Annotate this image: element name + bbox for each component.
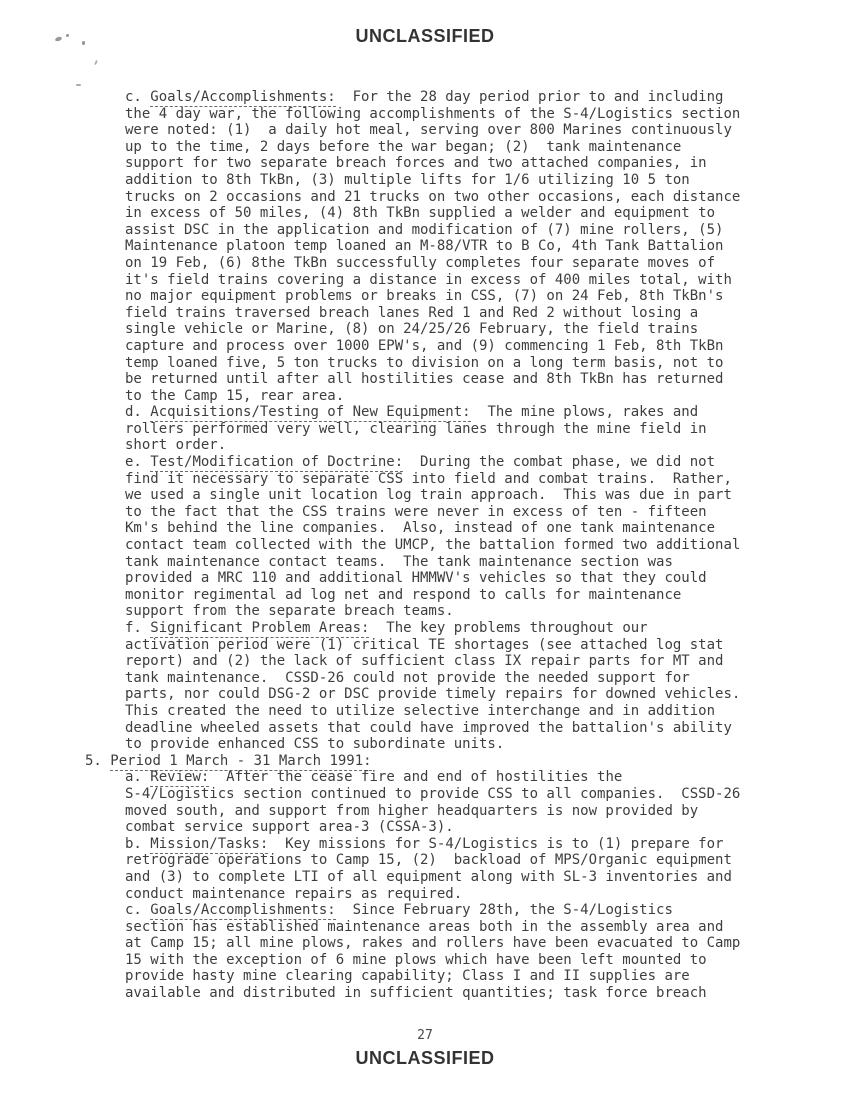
text-line: to the Camp 15, rear area. bbox=[85, 388, 775, 405]
text-segment: monitor regimental ad log net and respon… bbox=[125, 587, 681, 603]
text-segment: assist DSC in the application and modifi… bbox=[125, 222, 723, 238]
text-line: the 4 day war, the following accomplishm… bbox=[85, 106, 775, 123]
text-segment: it's field trains covering a distance in… bbox=[125, 272, 732, 288]
text-line: at Camp 15; all mine plows, rakes and ro… bbox=[85, 935, 775, 952]
text-line: tank maintenance. CSSD-26 could not prov… bbox=[85, 670, 775, 687]
underlined-heading: Test/Modification of Doctrine: bbox=[150, 454, 403, 472]
text-line: e. Test/Modification of Doctrine: During… bbox=[85, 454, 775, 471]
text-segment: we used a single unit location log train… bbox=[125, 487, 732, 503]
text-segment: the 4 day war, the following accomplishm… bbox=[125, 106, 740, 122]
underlined-heading: Goals/Accomplishments: bbox=[150, 902, 335, 920]
text-segment: support for two separate breach forces a… bbox=[125, 155, 707, 171]
text-segment: 5. bbox=[85, 753, 110, 769]
text-segment: to the Camp 15, rear area. bbox=[125, 388, 344, 404]
text-line: were noted: (1) a daily hot meal, servin… bbox=[85, 122, 775, 139]
text-segment: report) and (2) the lack of sufficient c… bbox=[125, 653, 723, 669]
underlined-heading: Significant Problem Areas: bbox=[150, 620, 369, 638]
text-line: f. Significant Problem Areas: The key pr… bbox=[85, 620, 775, 637]
text-segment: activation period were (1) critical TE s… bbox=[125, 637, 723, 653]
text-segment: support from the separate breach teams. bbox=[125, 603, 454, 619]
text-line: and (3) to complete LTI of all equipment… bbox=[85, 869, 775, 886]
text-line: no major equipment problems or breaks in… bbox=[85, 288, 775, 305]
text-line: support from the separate breach teams. bbox=[85, 603, 775, 620]
text-segment: contact team collected with the UMCP, th… bbox=[125, 537, 740, 553]
text-line: 15 with the exception of 6 mine plows wh… bbox=[85, 952, 775, 969]
text-segment: on 19 Feb, (6) 8the TkBn successfully co… bbox=[125, 255, 715, 271]
text-line: c. Goals/Accomplishments: Since February… bbox=[85, 902, 775, 919]
text-line: monitor regimental ad log net and respon… bbox=[85, 587, 775, 604]
text-segment: tank maintenance. CSSD-26 could not prov… bbox=[125, 670, 690, 686]
text-segment: single vehicle or Marine, (8) on 24/25/2… bbox=[125, 321, 698, 337]
text-segment: section has established maintenance area… bbox=[125, 919, 723, 935]
text-segment: tank maintenance contact teams. The tank… bbox=[125, 554, 673, 570]
text-segment: rollers performed very well, clearing la… bbox=[125, 421, 707, 437]
text-segment: at Camp 15; all mine plows, rakes and ro… bbox=[125, 935, 740, 951]
underlined-heading: Acquisitions/Testing of New Equipment: bbox=[150, 404, 470, 422]
text-segment: to provide enhanced CSS to subordinate u… bbox=[125, 736, 504, 752]
text-line: assist DSC in the application and modifi… bbox=[85, 222, 775, 239]
text-line: combat service support area-3 (CSSA-3). bbox=[85, 819, 775, 836]
text-line: find it necessary to separate CSS into f… bbox=[85, 471, 775, 488]
text-segment: addition to 8th TkBn, (3) multiple lifts… bbox=[125, 172, 690, 188]
text-line: provide hasty mine clearing capability; … bbox=[85, 968, 775, 985]
text-line: This created the need to utilize selecti… bbox=[85, 703, 775, 720]
text-segment: This created the need to utilize selecti… bbox=[125, 703, 715, 719]
text-segment: find it necessary to separate CSS into f… bbox=[125, 471, 732, 487]
text-line: be returned until after all hostilities … bbox=[85, 371, 775, 388]
text-segment: During the combat phase, we did not bbox=[403, 454, 715, 470]
text-segment: short order. bbox=[125, 437, 226, 453]
underlined-heading: Period 1 March - 31 March 1991: bbox=[110, 753, 371, 771]
footer-classification: UNCLASSIFIED bbox=[0, 1048, 850, 1069]
text-segment: Maintenance platoon temp loaned an M-88/… bbox=[125, 238, 723, 254]
text-segment: c. bbox=[125, 89, 150, 105]
text-segment: up to the time, 2 days before the war be… bbox=[125, 139, 681, 155]
text-segment: parts, nor could DSG-2 or DSC provide ti… bbox=[125, 686, 740, 702]
text-segment: a. bbox=[125, 769, 150, 785]
page-number: 27 bbox=[0, 1028, 850, 1043]
text-segment: provide hasty mine clearing capability; … bbox=[125, 968, 690, 984]
text-line: to provide enhanced CSS to subordinate u… bbox=[85, 736, 775, 753]
text-segment: were noted: (1) a daily hot meal, servin… bbox=[125, 122, 732, 138]
text-segment: f. bbox=[125, 620, 150, 636]
text-line: available and distributed in sufficient … bbox=[85, 985, 775, 1002]
text-segment: Since February 28th, the S-4/Logistics bbox=[336, 902, 673, 918]
text-line: we used a single unit location log train… bbox=[85, 487, 775, 504]
text-line: trucks on 2 occasions and 21 trucks on t… bbox=[85, 189, 775, 206]
text-line: support for two separate breach forces a… bbox=[85, 155, 775, 172]
text-segment: The mine plows, rakes and bbox=[471, 404, 699, 420]
text-segment: S-4/Logistics section continued to provi… bbox=[125, 786, 740, 802]
text-line: up to the time, 2 days before the war be… bbox=[85, 139, 775, 156]
text-line: deadline wheeled assets that could have … bbox=[85, 720, 775, 737]
text-line: Maintenance platoon temp loaned an M-88/… bbox=[85, 238, 775, 255]
text-line: on 19 Feb, (6) 8the TkBn successfully co… bbox=[85, 255, 775, 272]
header-classification: UNCLASSIFIED bbox=[0, 26, 850, 47]
text-segment: in excess of 50 miles, (4) 8th TkBn supp… bbox=[125, 205, 715, 221]
document-page: UNCLASSIFIED c. Goals/Accomplishments: F… bbox=[0, 0, 850, 1107]
text-segment: For the 28 day period prior to and inclu… bbox=[336, 89, 724, 105]
text-line: tank maintenance contact teams. The tank… bbox=[85, 554, 775, 571]
text-segment: and (3) to complete LTI of all equipment… bbox=[125, 869, 732, 885]
text-segment: e. bbox=[125, 454, 150, 470]
text-line: conduct maintenance repairs as required. bbox=[85, 886, 775, 903]
text-segment: 15 with the exception of 6 mine plows wh… bbox=[125, 952, 707, 968]
text-segment: be returned until after all hostilities … bbox=[125, 371, 723, 387]
text-line: S-4/Logistics section continued to provi… bbox=[85, 786, 775, 803]
text-line: c. Goals/Accomplishments: For the 28 day… bbox=[85, 89, 775, 106]
text-segment: moved south, and support from higher hea… bbox=[125, 803, 698, 819]
text-segment: b. bbox=[125, 836, 150, 852]
text-line: provided a MRC 110 and additional HMMWV'… bbox=[85, 570, 775, 587]
text-line: addition to 8th TkBn, (3) multiple lifts… bbox=[85, 172, 775, 189]
text-line: field trains traversed breach lanes Red … bbox=[85, 305, 775, 322]
text-line: d. Acquisitions/Testing of New Equipment… bbox=[85, 404, 775, 421]
text-line: a. Review: After the cease fire and end … bbox=[85, 769, 775, 786]
document-body: c. Goals/Accomplishments: For the 28 day… bbox=[85, 89, 775, 1002]
text-segment: temp loaned five, 5 ton trucks to divisi… bbox=[125, 355, 723, 371]
text-segment: capture and process over 1000 EPW's, and… bbox=[125, 338, 723, 354]
text-line: 5. Period 1 March - 31 March 1991: bbox=[85, 753, 775, 770]
text-segment: available and distributed in sufficient … bbox=[125, 985, 707, 1001]
text-line: in excess of 50 miles, (4) 8th TkBn supp… bbox=[85, 205, 775, 222]
text-segment: to the fact that the CSS trains were nev… bbox=[125, 504, 707, 520]
text-segment: Key missions for S-4/Logistics is to (1)… bbox=[268, 836, 723, 852]
pencil-mark bbox=[94, 60, 98, 65]
text-segment: conduct maintenance repairs as required. bbox=[125, 886, 462, 902]
text-line: section has established maintenance area… bbox=[85, 919, 775, 936]
text-line: retrograde operations to Camp 15, (2) ba… bbox=[85, 852, 775, 869]
text-segment: combat service support area-3 (CSSA-3). bbox=[125, 819, 454, 835]
underlined-heading: Review: bbox=[150, 769, 209, 787]
text-segment: no major equipment problems or breaks in… bbox=[125, 288, 723, 304]
underlined-heading: Mission/Tasks: bbox=[150, 836, 268, 854]
text-line: activation period were (1) critical TE s… bbox=[85, 637, 775, 654]
text-segment: trucks on 2 occasions and 21 trucks on t… bbox=[125, 189, 740, 205]
text-segment: provided a MRC 110 and additional HMMWV'… bbox=[125, 570, 707, 586]
text-segment: field trains traversed breach lanes Red … bbox=[125, 305, 698, 321]
text-segment: deadline wheeled assets that could have … bbox=[125, 720, 732, 736]
text-line: Km's behind the line companies. Also, in… bbox=[85, 520, 775, 537]
text-segment: The key problems throughout our bbox=[369, 620, 647, 636]
text-line: parts, nor could DSG-2 or DSC provide ti… bbox=[85, 686, 775, 703]
text-line: moved south, and support from higher hea… bbox=[85, 803, 775, 820]
text-line: contact team collected with the UMCP, th… bbox=[85, 537, 775, 554]
underlined-heading: Goals/Accomplishments: bbox=[150, 89, 335, 107]
text-segment: c. bbox=[125, 902, 150, 918]
text-segment: d. bbox=[125, 404, 150, 420]
text-line: short order. bbox=[85, 437, 775, 454]
text-line: rollers performed very well, clearing la… bbox=[85, 421, 775, 438]
text-line: it's field trains covering a distance in… bbox=[85, 272, 775, 289]
text-segment: retrograde operations to Camp 15, (2) ba… bbox=[125, 852, 732, 868]
text-line: single vehicle or Marine, (8) on 24/25/2… bbox=[85, 321, 775, 338]
text-segment: After the cease fire and end of hostilit… bbox=[209, 769, 622, 785]
text-segment: Km's behind the line companies. Also, in… bbox=[125, 520, 715, 536]
text-line: temp loaned five, 5 ton trucks to divisi… bbox=[85, 355, 775, 372]
pencil-mark bbox=[76, 84, 81, 86]
text-line: b. Mission/Tasks: Key missions for S-4/L… bbox=[85, 836, 775, 853]
text-line: report) and (2) the lack of sufficient c… bbox=[85, 653, 775, 670]
text-line: capture and process over 1000 EPW's, and… bbox=[85, 338, 775, 355]
text-line: to the fact that the CSS trains were nev… bbox=[85, 504, 775, 521]
